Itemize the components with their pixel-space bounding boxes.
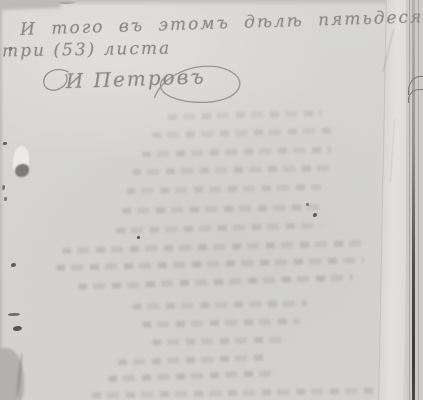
bleedthrough-text-line [122, 204, 322, 214]
bleedthrough-text-line [108, 370, 276, 382]
ink-speck [8, 313, 20, 316]
page-edge-line [418, 0, 419, 400]
page-edge-line [409, 0, 410, 400]
bleedthrough-text-line [62, 240, 362, 254]
bleedthrough-text-line [92, 388, 377, 399]
bleedthrough-text-line [78, 274, 353, 290]
ink-speck [13, 326, 22, 331]
bleedthrough-text-line [132, 300, 307, 310]
tear-shadow-blob [15, 164, 29, 177]
bleedthrough-text-line [168, 110, 323, 120]
ink-speck [4, 197, 7, 201]
bleedthrough-text-line [132, 165, 330, 175]
ink-speck [11, 263, 16, 267]
handwriting-line-2: три (53) листа [2, 39, 172, 62]
bleedthrough-text-line [116, 222, 321, 233]
bleedthrough-text-line [152, 337, 287, 346]
handwriting-line-1: И того въ этомъ дѣлѣ пятьдесятъ [20, 6, 423, 40]
bleedthrough-text-line [126, 184, 322, 194]
bleedthrough-text-line [142, 318, 300, 327]
binding-dark-line [412, 0, 415, 400]
bleedthrough-text-line [118, 354, 266, 365]
signature-flourish [149, 59, 251, 108]
torn-top-edge [0, 0, 423, 6]
bleedthrough-text-line [56, 257, 364, 271]
bleedthrough-text-line [142, 147, 332, 158]
ink-speck [313, 213, 317, 217]
ink-speck [137, 236, 140, 239]
bleedthrough-text-line [152, 128, 332, 139]
torn-top-left-corner [0, 0, 60, 10]
manuscript-page-scan: И того въ этомъ дѣлѣ пятьдесятъ три (53)… [0, 0, 423, 400]
signature: И Петровъ [41, 66, 43, 110]
